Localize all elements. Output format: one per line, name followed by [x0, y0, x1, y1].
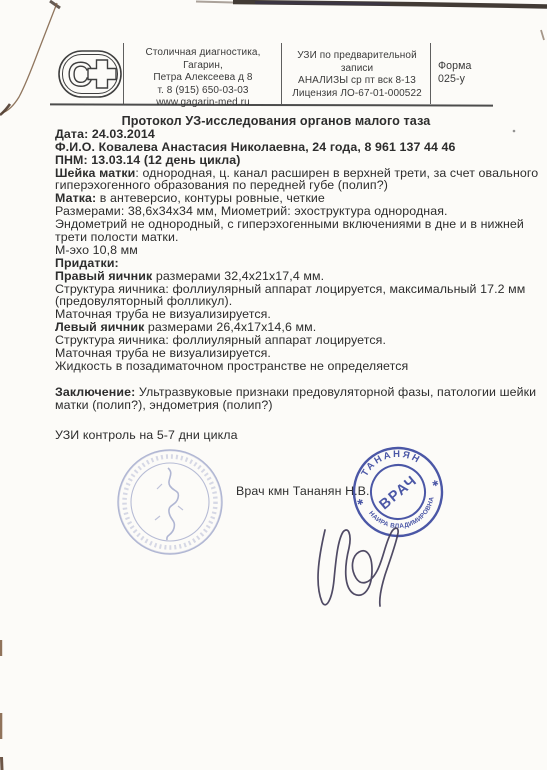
line-bold-text: Дата: 24.03.2014 [55, 127, 155, 141]
header-divider [123, 43, 124, 104]
line-bold-text: Левый яичник [55, 320, 144, 334]
clinic-info: Столичная диагностика, Гагарин, Петра Ал… [126, 47, 280, 110]
line-bold-text: Заключение: [55, 385, 135, 399]
line-text: : однородная, ц. канал расширен в верхне… [135, 166, 538, 180]
line-text: размерами 32,4х21х17,4 мм. [152, 269, 324, 283]
line-text: Эндометрий не однородный, с гиперэхогенн… [55, 217, 524, 231]
schedule-line: АНАЛИЗЫ ср пт вск 8-13 [285, 75, 429, 88]
line-text: Маточная труба не визуализируется. [55, 307, 271, 321]
line-text: размерами 26,4х17х14,6 мм. [144, 320, 316, 334]
line-bold-text: Шейка матки [55, 166, 135, 180]
blank-line [55, 412, 497, 425]
line-text: в антеверсио, контуры ровные, четкие [96, 191, 325, 205]
line-text: Структура яичника: фоллиулярный аппарат … [55, 333, 386, 347]
handwritten-signature [305, 515, 415, 615]
scanned-document-page: С Столичная диагностика, Гагарин, Петра … [0, 0, 547, 770]
clinic-website: www.gagarin-med.ru [126, 97, 280, 110]
clinic-round-stamp [114, 448, 226, 560]
line-text: Ультразвуковые признаки предовуляторной … [135, 385, 536, 399]
report-line-mecho: М-эхо 10,8 мм [55, 244, 497, 257]
form-number: 025-у [438, 73, 498, 86]
form-badge: Форма 025-у [438, 60, 498, 86]
line-text: Маточная труба не визуализируется. [55, 346, 271, 360]
clinic-address: Петра Алексеева д 8 [126, 72, 280, 85]
report-line-followup: УЗИ контроль на 5-7 дни цикла [55, 429, 497, 442]
schedule-info: УЗИ по предварительной записи АНАЛИЗЫ ср… [285, 50, 429, 100]
clinic-logo-icon: С [57, 46, 123, 102]
line-text: трети полости матки. [55, 230, 179, 244]
line-bold-text: Придатки: [55, 256, 119, 270]
line-bold-text: Матка: [55, 191, 96, 205]
header-divider [430, 43, 431, 104]
license-number: Лицензия ЛО-67-01-000522 [285, 88, 429, 101]
line-text: (предовуляторный фолликул). [55, 294, 232, 308]
report-line-fluid: Жидкость в позадиматочном пространстве н… [55, 360, 497, 373]
stamp-separator-star: ✱ [431, 478, 440, 488]
line-text: гиперэхогенного образования по передней … [55, 178, 388, 192]
stamp-separator-star: ✱ [356, 497, 365, 507]
schedule-line: УЗИ по предварительной [285, 50, 429, 63]
clinic-phone: т. 8 (915) 650-03-03 [126, 85, 280, 98]
form-label: Форма [438, 60, 498, 73]
line-bold-text: Ф.И.О. Ковалева Анастасия Николаевна, 24… [55, 140, 456, 154]
line-bold-text: ПНМ: 13.03.14 (12 день цикла) [55, 153, 240, 167]
line-text: УЗИ контроль на 5-7 дни цикла [55, 428, 238, 442]
report-line: матки (полип?), эндометрия (полип?) [55, 399, 497, 412]
header-divider [281, 43, 282, 104]
stamp-center-text: ВРАЧ [376, 472, 420, 513]
report-body: Протокол УЗ-исследования органов малого … [55, 115, 497, 442]
line-text: Структура яичника: фоллиулярный аппарат … [55, 282, 525, 296]
line-text: Размерами: 38,6х34х34 мм, Миометрий: эхо… [55, 204, 448, 218]
schedule-line: записи [285, 63, 429, 76]
clinic-name: Столичная диагностика, Гагарин, [126, 47, 280, 72]
line-text: Жидкость в позадиматочном пространстве н… [55, 359, 408, 373]
line-text: М-эхо 10,8 мм [55, 243, 138, 257]
line-text: матки (полип?), эндометрия (полип?) [55, 398, 273, 412]
line-bold-text: Правый яичник [55, 269, 152, 283]
